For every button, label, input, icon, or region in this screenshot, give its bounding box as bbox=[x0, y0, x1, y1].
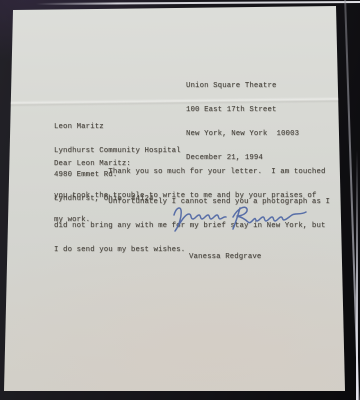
sender-line: Union Square Theatre bbox=[186, 82, 299, 90]
frame-edge-highlight-right bbox=[356, 150, 358, 400]
signature-stroke-first-name bbox=[174, 208, 226, 231]
letter-sheet: Union Square Theatre 100 East 17th Stree… bbox=[0, 0, 360, 400]
typed-signature-text: Vanessa Redgrave bbox=[189, 253, 261, 261]
signature-autograph bbox=[168, 203, 313, 235]
body-line: Thank you so much for your letter. I am … bbox=[54, 168, 326, 176]
recipient-line: Leon Maritz bbox=[54, 123, 181, 131]
sender-line: 100 East 17th Street bbox=[186, 106, 299, 114]
signature-stroke-last-name bbox=[233, 207, 306, 229]
frame-edge-highlight-top bbox=[36, 1, 360, 5]
fold-crease bbox=[0, 97, 360, 106]
framed-letter-photo: Union Square Theatre 100 East 17th Stree… bbox=[0, 0, 360, 400]
typed-signature-line: Vanessa Redgrave bbox=[189, 237, 261, 277]
sender-line: New York, New York 10003 bbox=[186, 130, 299, 138]
